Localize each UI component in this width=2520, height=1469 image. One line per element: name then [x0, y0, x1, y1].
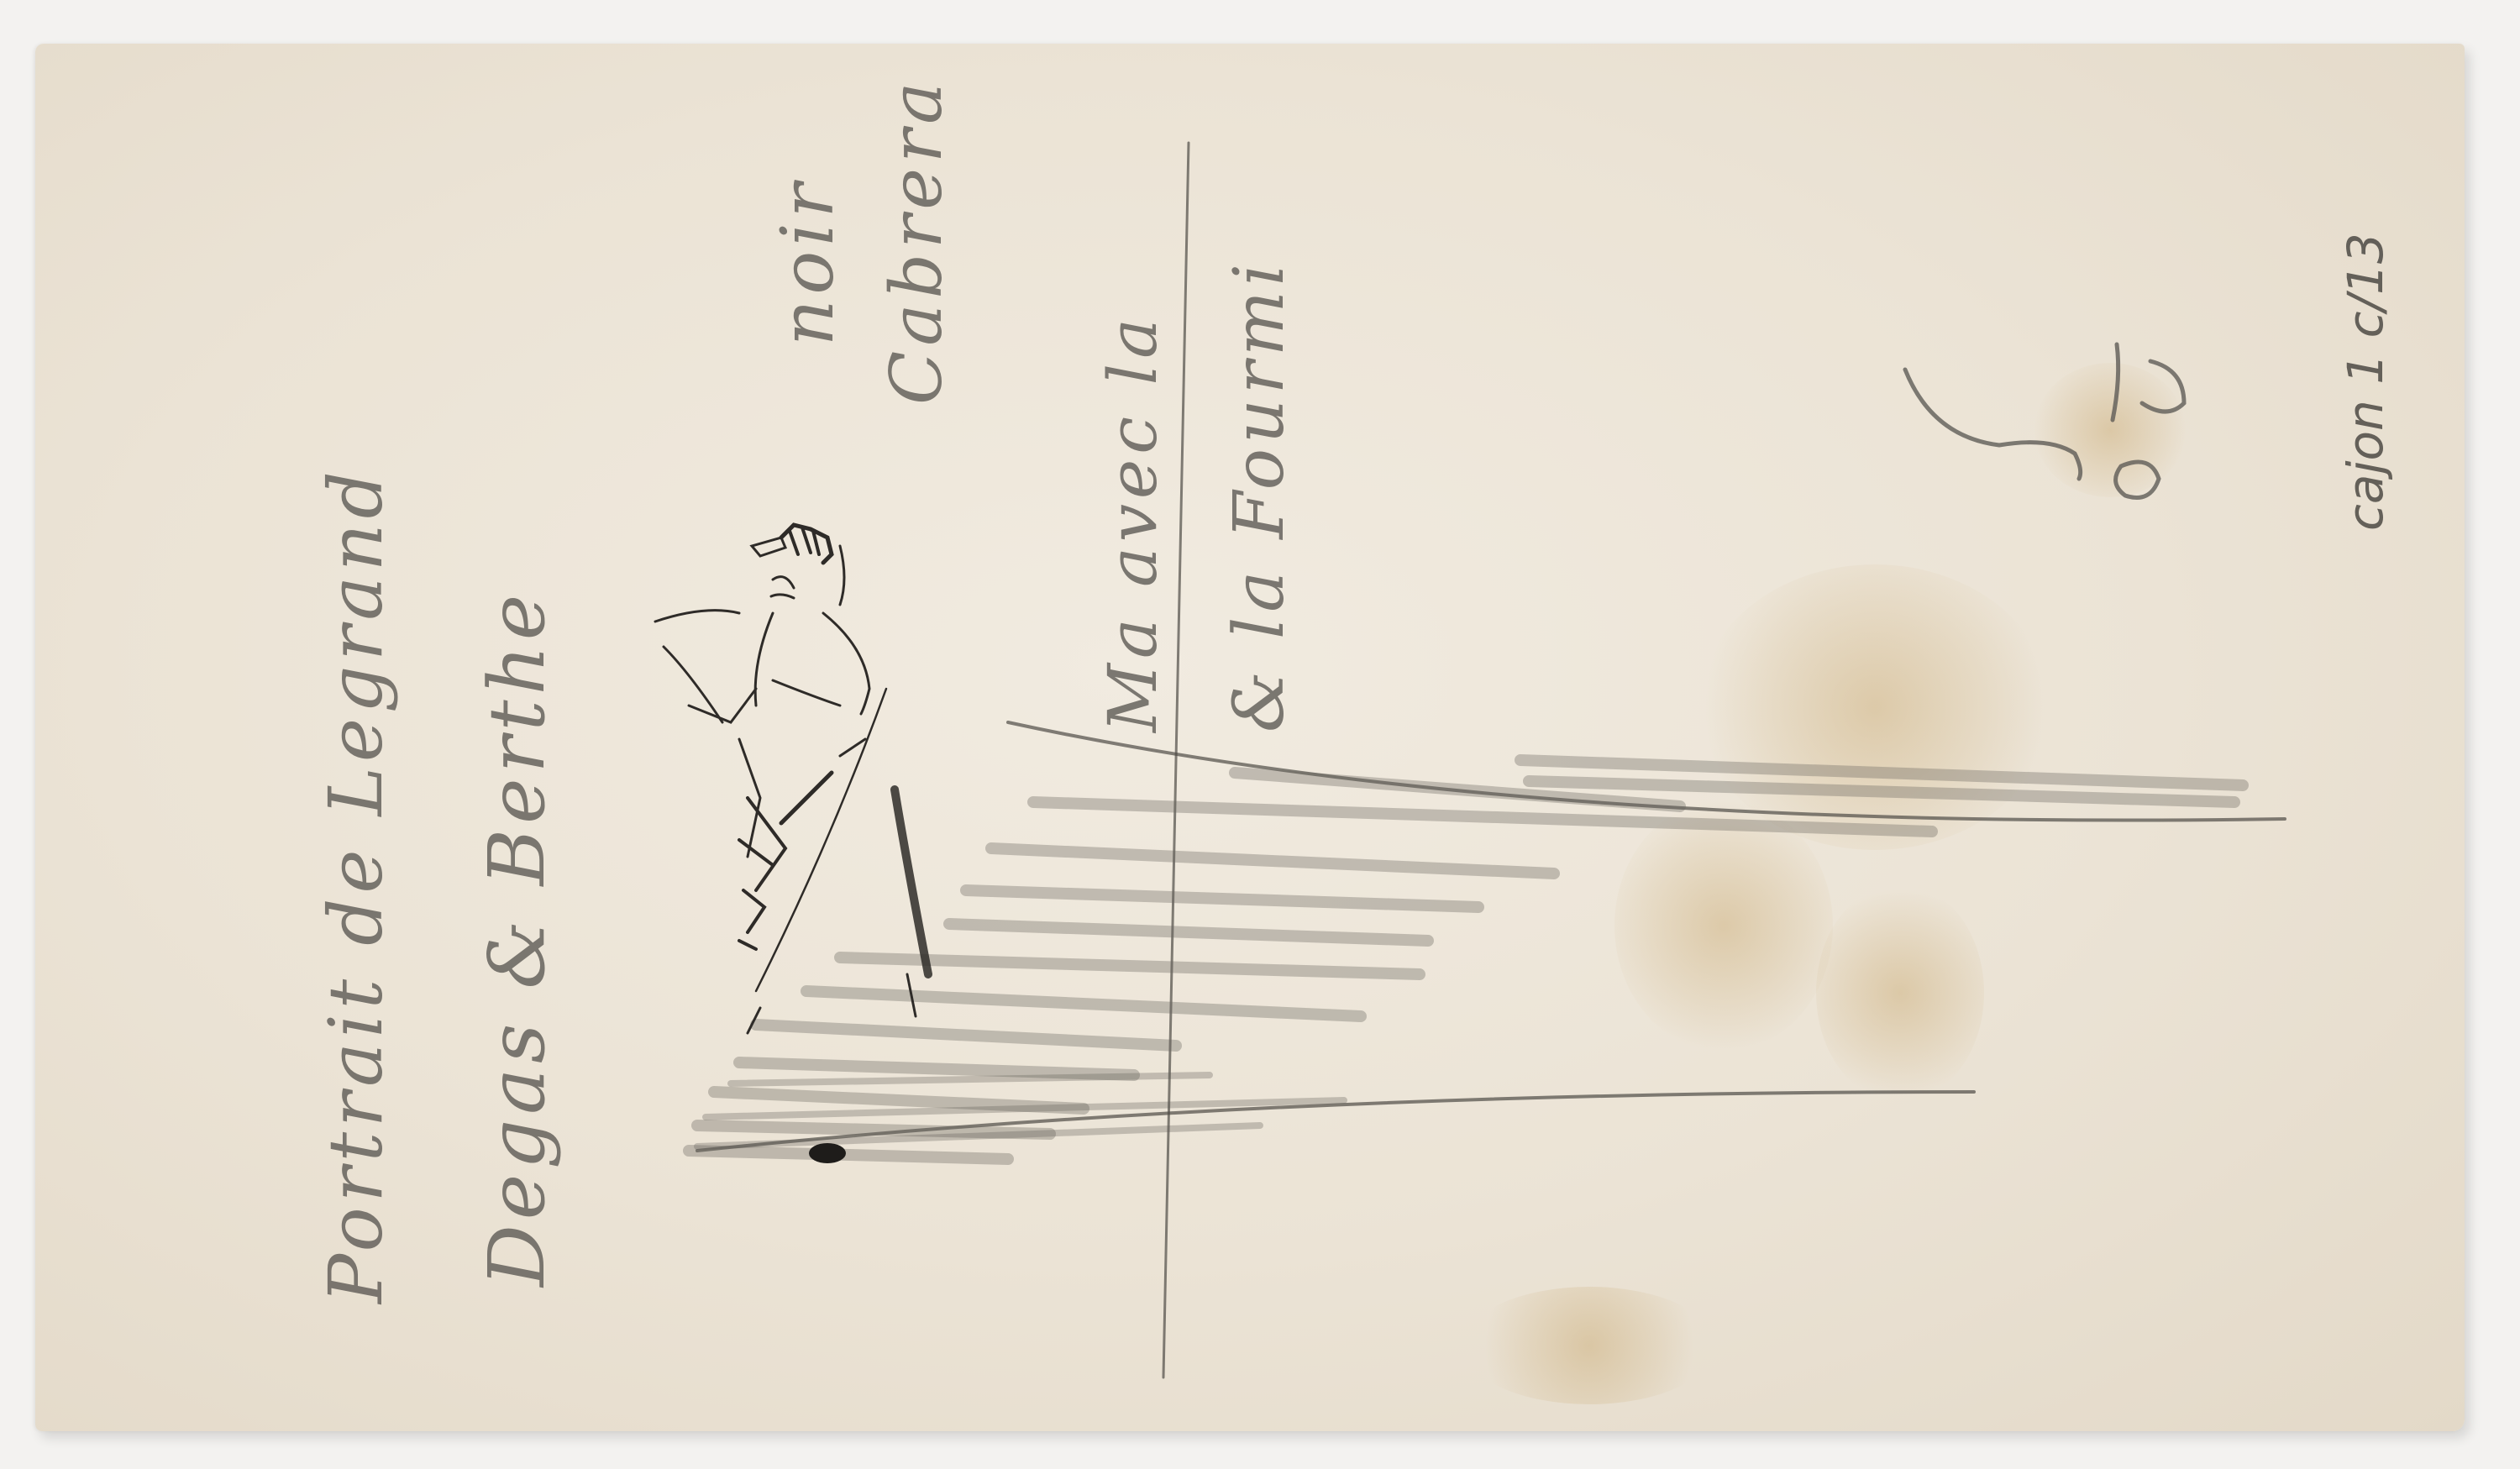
handwriting-line-5: Ma avec la [1094, 313, 1172, 732]
handwriting-line-6: & la Fourmi [1220, 259, 1299, 732]
archive-note: cajon 1 c/13 [2337, 233, 2394, 531]
handwriting-line-1: Portrait de Legrand [312, 466, 399, 1304]
handwriting-line-4: Cabrera [875, 77, 958, 405]
handwriting-line-2: Degas & Berthe [472, 590, 562, 1287]
pencil-drawing [35, 44, 2465, 1431]
paper-sheet: Portrait de Legrand Degas & Berthe noir … [35, 44, 2465, 1431]
handwriting-line-3: noir [766, 178, 850, 346]
